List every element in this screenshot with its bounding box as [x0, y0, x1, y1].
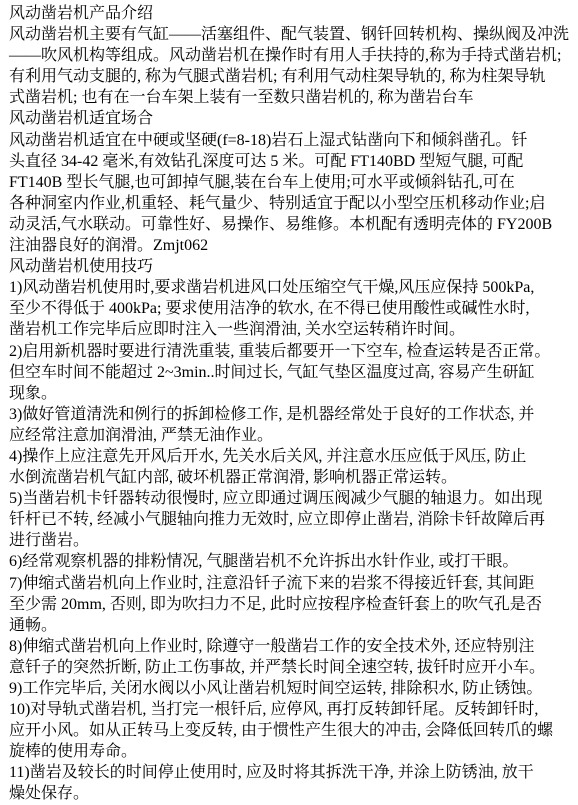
text-line: 10)对导轨式凿岩机, 当打完一根钎后, 应停风, 再打反转卸钎尾。反转卸钎时, — [9, 699, 576, 720]
text-line: FT140B 型长气腿,也可卸掉气腿,装在台车上使用;可水平或倾斜钻孔,可在 — [9, 172, 576, 193]
text-line: 燥处保存。 — [9, 783, 576, 804]
text-line: 5)当凿岩机卡钎器转动很慢时, 应立即通过调压阀减少气腿的轴退力。如出现 — [9, 488, 576, 509]
text-line: 风动凿岩机主要有气缸——活塞组件、配气装置、钢钎回转机构、操纵阀及冲洗 — [9, 24, 576, 45]
text-line: 风动凿岩机适宜场合 — [9, 108, 576, 129]
text-line: 动灵活,气水联动。可靠性好、易操作、易维修。本机配有透明壳体的 FY200B — [9, 214, 576, 235]
text-line: 9)工作完毕后, 关闭水阀以小风让凿岩机短时间空运转, 排除积水, 防止锈蚀。 — [9, 678, 576, 699]
text-line: 钎杆已不转, 经减小气腿轴向推力无效时, 应立即停止凿岩, 消除卡钎故障后再 — [9, 509, 576, 530]
text-line: 11)凿岩及较长的时间停止使用时, 应及时将其拆洗干净, 并涂上防锈油, 放干 — [9, 762, 576, 783]
text-line: 注油器良好的润滑。Zmjt062 — [9, 235, 576, 256]
text-line: 8)伸缩式凿岩机向上作业时, 除遵守一般凿岩工作的安全技术外, 还应特别注 — [9, 636, 576, 657]
text-line: ——吹风机构等组成。风动凿岩机在操作时有用人手扶持的,称为手持式凿岩机; — [9, 45, 576, 66]
text-line: 意钎子的突然折断, 防止工伤事故, 并严禁长时间全速空转, 拔钎时应开小车。 — [9, 657, 576, 678]
text-line: 但空车时间不能超过 2~3min..时间过长, 气缸气垫区温度过高, 容易产生研… — [9, 362, 576, 383]
text-line: 各种洞室内作业,机重轻、耗气量少、特别适宜于配以小型空压机移动作业;启 — [9, 193, 576, 214]
text-line: 1)风动凿岩机使用时,要求凿岩机进风口处压缩空气干燥,风压应保持 500kPa, — [9, 277, 576, 298]
text-line: 进行凿岩。 — [9, 530, 576, 551]
text-line: 头直径 34-42 毫米,有效钻孔深度可达 5 米。可配 FT140BD 型短气… — [9, 151, 576, 172]
text-line: 式凿岩机; 也有在一台车架上装有一至数只凿岩机的, 称为凿岩台车 — [9, 87, 576, 108]
text-line: 水倒流凿岩机气缸内部, 破坏机器正常润滑, 影响机器正常运转。 — [9, 467, 576, 488]
text-line: 凿岩机工作完毕后应即时注入一些润滑油, 关水空运转稍许时间。 — [9, 319, 576, 340]
text-line: 2)启用新机器时要进行清洗重装, 重装后都要开一下空车, 检查运转是否正常。 — [9, 341, 576, 362]
text-line: 风动凿岩机使用技巧 — [9, 256, 576, 277]
text-line: 风动凿岩机产品介绍 — [9, 3, 576, 24]
text-line: 应经常注意加润滑油, 严禁无油作业。 — [9, 425, 576, 446]
text-line: 风动凿岩机适宜在中硬或坚硬(f=8-18)岩石上湿式钻凿向下和倾斜凿孔。钎 — [9, 130, 576, 151]
text-line: 至少不得低于 400kPa; 要求使用洁净的软水, 在不得已使用酸性或碱性水时, — [9, 298, 576, 319]
text-line: 旋棒的使用寿命。 — [9, 741, 576, 762]
text-line: 有利用气动支腿的, 称为气腿式凿岩机; 有利用气动柱架导轨的, 称为柱架导轨 — [9, 66, 576, 87]
document-page: 风动凿岩机产品介绍风动凿岩机主要有气缸——活塞组件、配气装置、钢钎回转机构、操纵… — [0, 0, 578, 805]
text-line: 4)操作上应注意先开风后开水, 先关水后关风, 并注意水压应低于风压, 防止 — [9, 446, 576, 467]
text-line: 应开小风。如从正转马上变反转, 由于惯性产生很大的冲击, 会降低回转爪的螺 — [9, 720, 576, 741]
text-line: 至少需 20mm, 否则, 即为吹扫力不足, 此时应按程序检查钎套上的吹气孔是否 — [9, 594, 576, 615]
text-line: 现象。 — [9, 383, 576, 404]
text-line: 通畅。 — [9, 615, 576, 636]
text-line: 7)伸缩式凿岩机向上作业时, 注意沿钎子流下来的岩浆不得接近钎套, 其间距 — [9, 573, 576, 594]
text-line: 6)经常观察机器的排粉情况, 气腿凿岩机不允许拆出水针作业, 或打干眼。 — [9, 551, 576, 572]
text-line: 3)做好管道清洗和例行的拆卸检修工作, 是机器经常处于良好的工作状态, 并 — [9, 404, 576, 425]
